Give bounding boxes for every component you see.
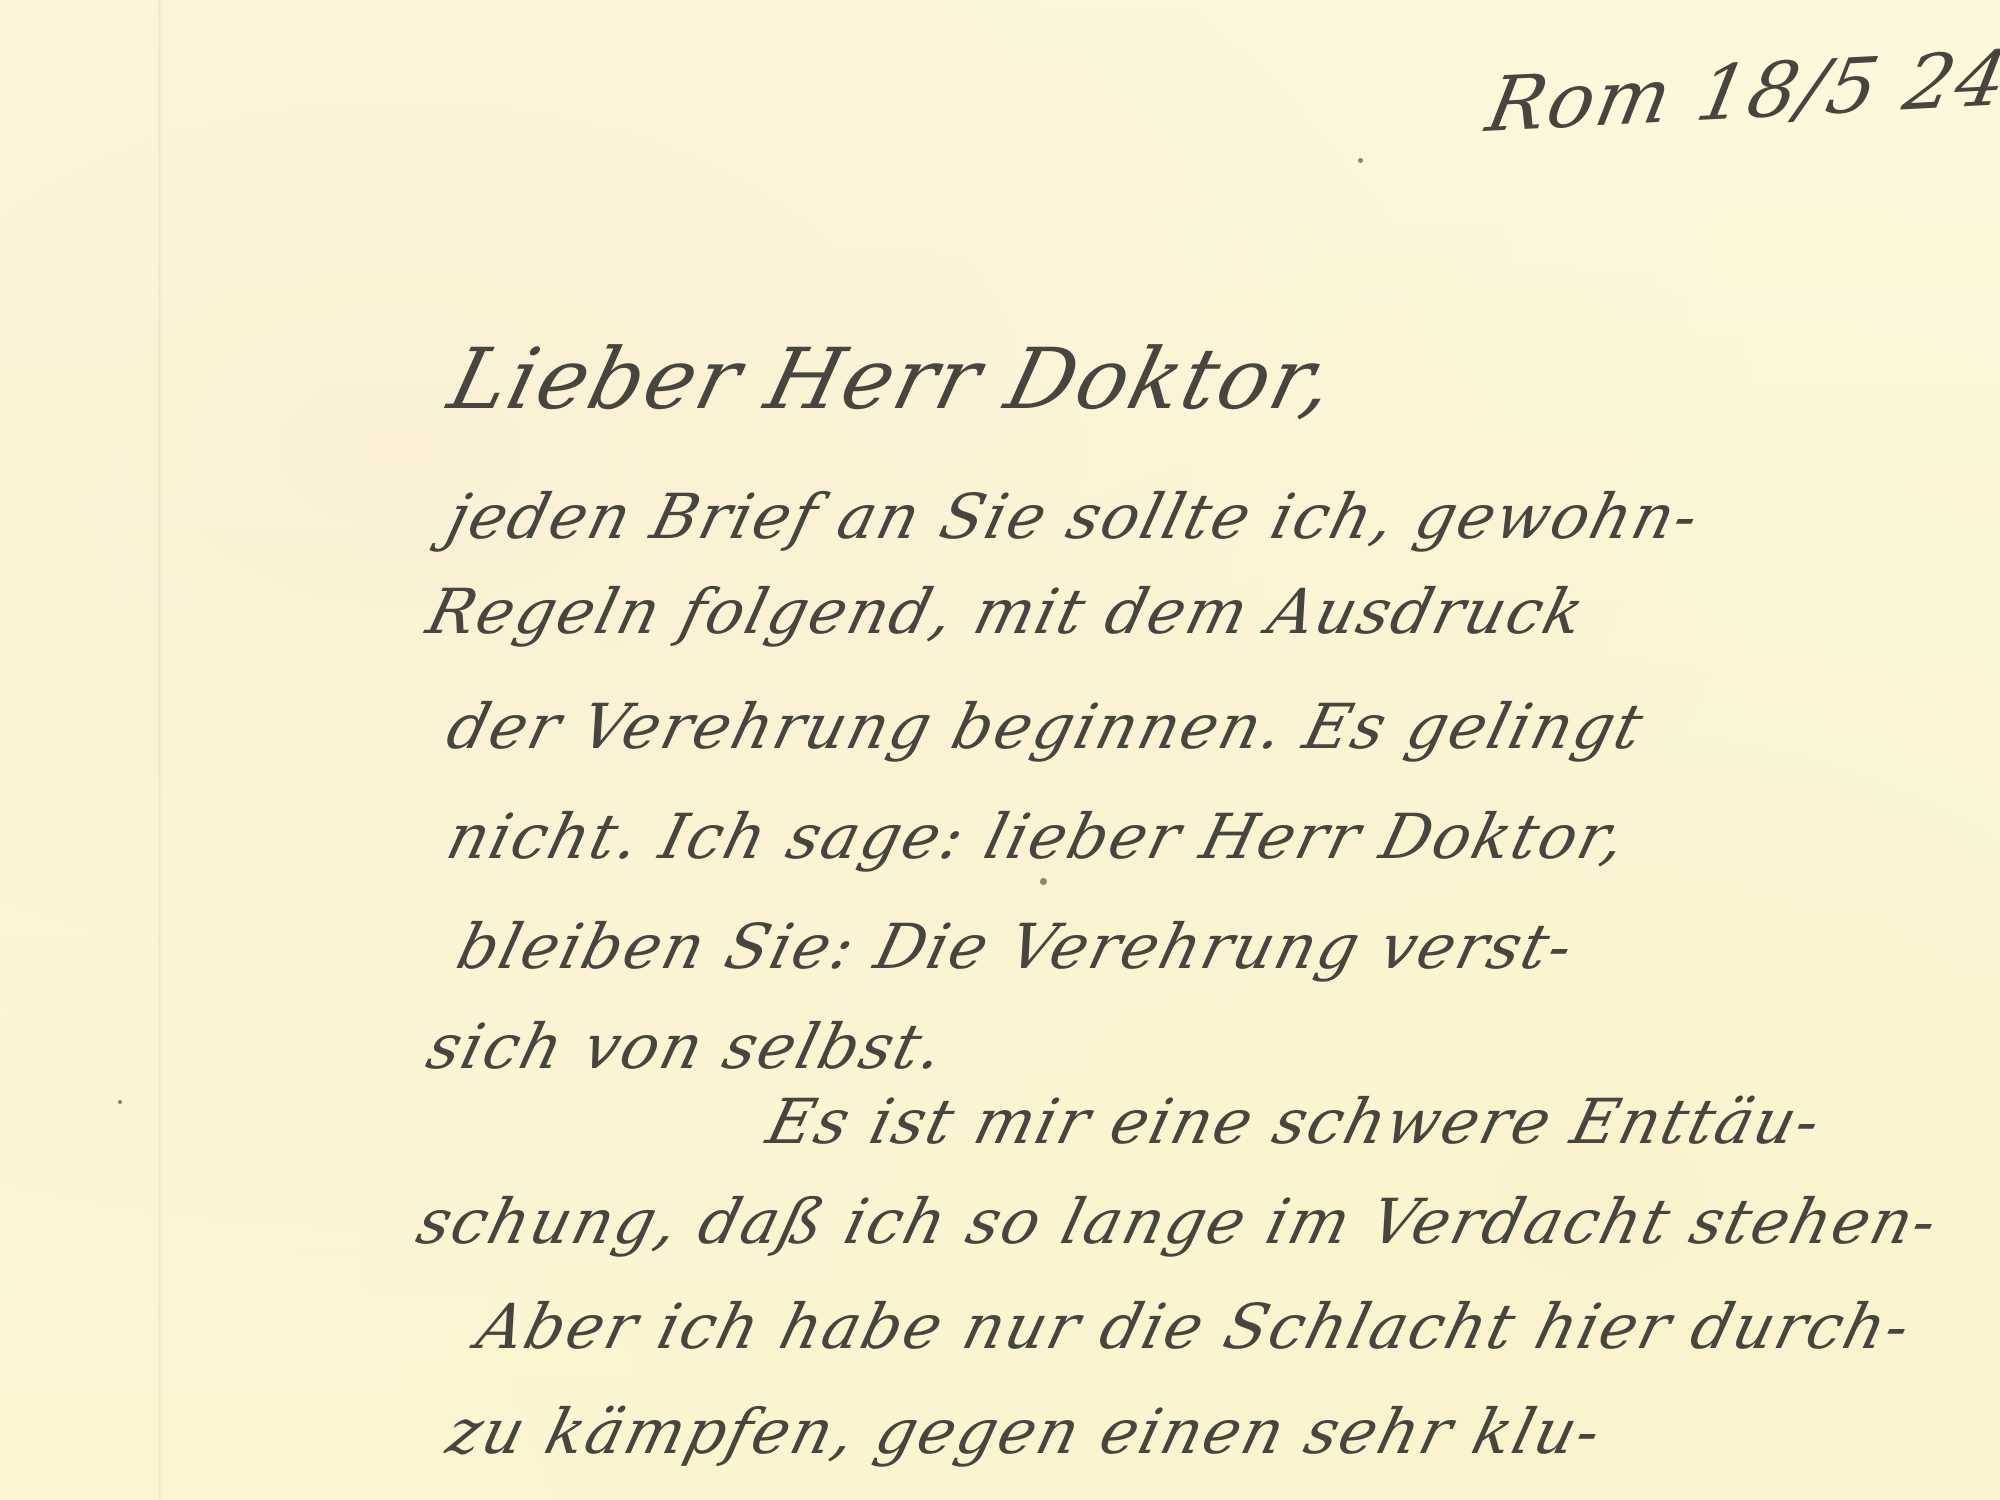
letter-line: Es ist mir eine schwere Enttäu- [760,1085,1829,1158]
paper-fold-line [158,0,161,1500]
letter-line: Regeln folgend, mit dem Ausdruck [420,575,1593,648]
letter-line: jeden Brief an Sie sollte ich, gewohn- [440,480,1707,553]
letter-line: schung, daß ich so lange im Verdacht ste… [410,1185,1946,1258]
letter-line: zu kämpfen, gegen einen sehr klu- [440,1395,1610,1468]
ink-speck [1358,158,1363,163]
ink-speck [1040,878,1047,885]
letter-line: Aber ich habe nur die Schlacht hier durc… [470,1290,1919,1363]
letter-line: der Verehrung beginnen. Es gelingt [440,690,1652,763]
letter-line: nicht. Ich sage: lieber Herr Doktor, [440,800,1635,873]
salutation: Lieber Herr Doktor, [440,330,1346,428]
letter-line: bleiben Sie: Die Verehrung verst- [450,910,1582,983]
ink-speck [118,1100,122,1104]
letter-line: sich von selbst. [420,1010,953,1083]
